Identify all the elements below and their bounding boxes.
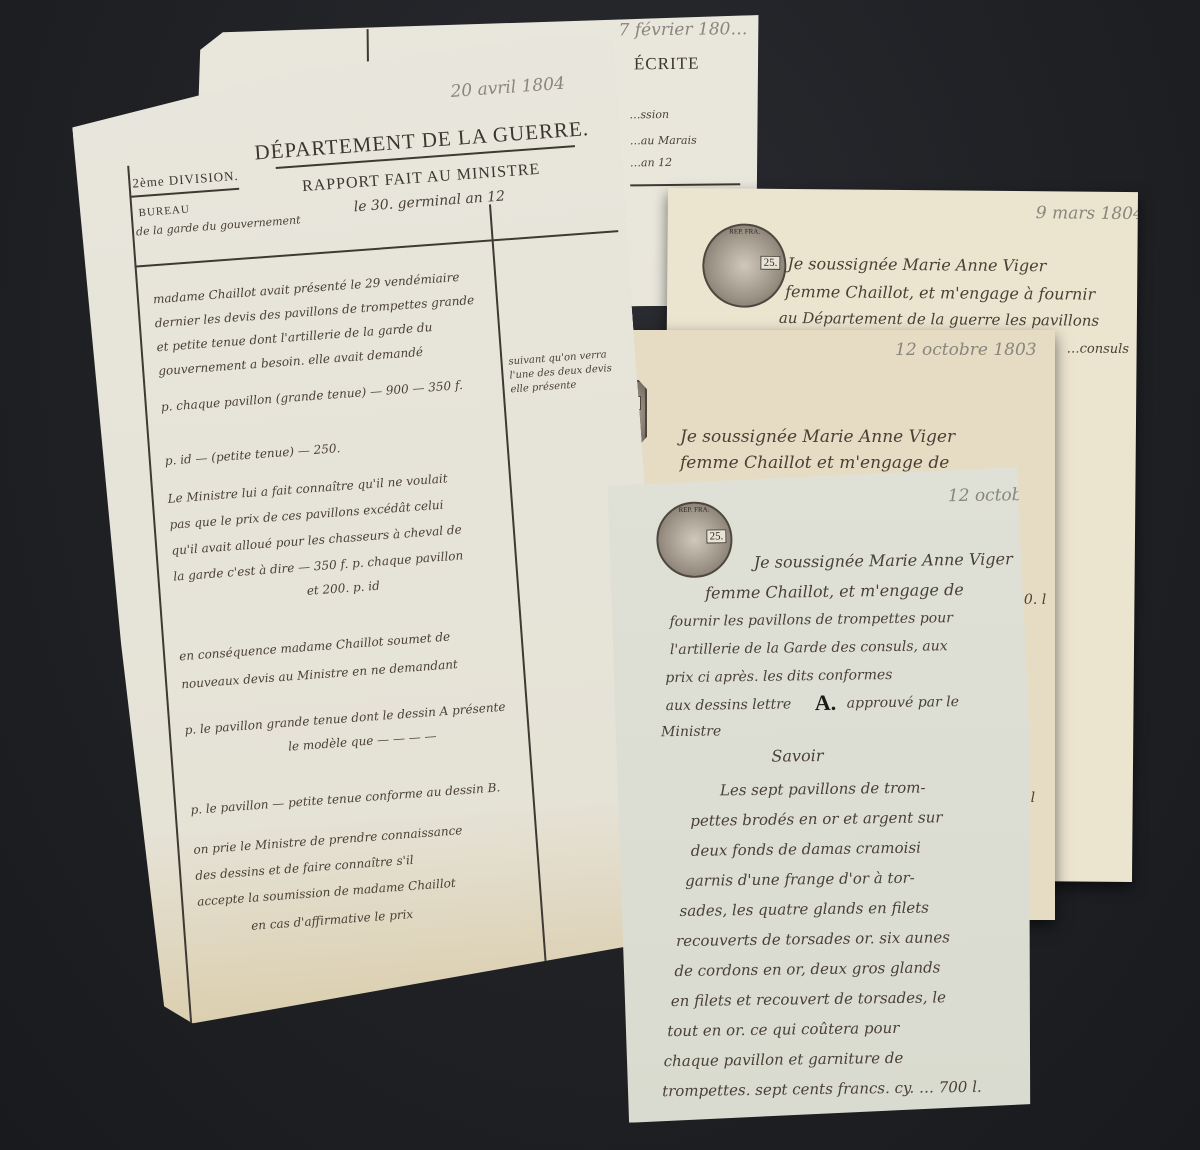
rapport-au-ministre-sheet: 20 avril 1804 2ème DIVISION. DÉPARTEMENT… [68, 30, 682, 1027]
text-line: Savoir [771, 746, 823, 766]
date-note: 9 mars 1804 [1036, 203, 1138, 224]
stamp-legend: REP. FRA. [705, 227, 785, 236]
report-date: le 30. germinal an 12 [353, 188, 505, 215]
ruled-line [630, 183, 740, 186]
ruled-line [489, 204, 550, 1002]
text-line: en conséquence madame Chaillot soumet de [179, 630, 451, 664]
text-line: des dessins et de faire connaître s'il [195, 853, 414, 883]
text-line: prix ci après. les dits conformes [665, 667, 892, 686]
text-line: accepte la soumission de madame Chaillot [197, 876, 456, 909]
letter-mark-A: A. [815, 690, 837, 716]
text-line: fournir les pavillons de trompettes pour [669, 610, 953, 630]
text-line: garnis d'une frange d'or à tor- [685, 869, 915, 890]
text-line: trompettes. sept cents francs. cy. … 700… [662, 1078, 982, 1100]
text-line: recouverts de torsades or. six aunes [676, 928, 950, 950]
text-line: Je soussignée Marie Anne Viger [754, 549, 1013, 572]
text-line: au Département de la guerre les pavillon… [779, 309, 1099, 330]
text-line: tout en or. ce qui coûtera pour [667, 1019, 899, 1040]
text-line: p. chaque pavillon (grande tenue) — 900 … [160, 378, 463, 414]
text-line: de cordons en or, deux gros glands [674, 958, 940, 980]
ruled-line [135, 230, 619, 268]
text-line: …au Marais [630, 134, 697, 148]
text-line: Ministre [661, 723, 721, 740]
text-line: nouveaux devis au Ministre en ne demanda… [181, 657, 458, 691]
text-line: sades, les quatre glands en filets [679, 899, 929, 920]
contract-sheet-12-octobre-front: 12 octobre 1813 REP. FRA. 25. Je soussig… [607, 467, 1034, 1123]
text-line: Je soussignée Marie Anne Viger [787, 254, 1046, 275]
tax-stamp-icon: REP. FRA. 25. [656, 501, 733, 578]
stamp-value: 25. [707, 529, 727, 543]
text-line: pettes brodés en or et argent sur [690, 808, 942, 830]
text-line: femme Chaillot, et m'engage de [705, 580, 964, 603]
stamp-value: 25. [761, 256, 781, 270]
text-line: en filets et recouvert de torsades, le [671, 988, 946, 1010]
text-line: deux fonds de damas cramoisi [691, 839, 921, 860]
margin-note: elle présente [510, 380, 577, 396]
text-line: …an 12 [630, 156, 672, 169]
approval-text: approuvé par le [847, 694, 959, 712]
text-line: …ssion [629, 108, 669, 121]
date-note: 12 octobre 1803 [895, 340, 1037, 360]
date-note: 20 avril 1804 [450, 74, 566, 102]
text-line: p. le pavillon grande tenue dont le dess… [184, 700, 506, 738]
text-line: et 200. p. id [306, 579, 380, 598]
text-line: chaque pavillon et garniture de [664, 1049, 904, 1070]
text-line: aux dessins lettre [666, 696, 792, 714]
bureau-label: BUREAU [138, 203, 190, 219]
text-line: le modèle que — — — — [288, 729, 437, 754]
tax-stamp-icon: REP. FRA. 25. [702, 223, 787, 308]
text-line: Les sept pavillons de trom- [720, 779, 926, 800]
text-line: femme Chaillot et m'engage de [680, 453, 949, 473]
text-line: en cas d'affirmative le prix [251, 907, 414, 933]
text-line: Je soussignée Marie Anne Viger [680, 427, 955, 447]
text-line: …consuls [1067, 341, 1129, 357]
text-line: femme Chaillot, et m'engage à fournir [785, 282, 1095, 304]
text-line: p. id — (petite tenue) — 250. [164, 441, 340, 468]
header-fragment: ÉCRITE [634, 54, 700, 75]
text-line: p. le pavillon — petite tenue conforme a… [190, 780, 501, 817]
text-line: l'artillerie de la Garde des consuls, au… [670, 638, 948, 658]
date-note: 7 février 180… [619, 19, 748, 40]
text-line: on prie le Ministre de prendre connaissa… [193, 823, 463, 857]
stamp-legend: REP. FRA. [658, 505, 730, 514]
